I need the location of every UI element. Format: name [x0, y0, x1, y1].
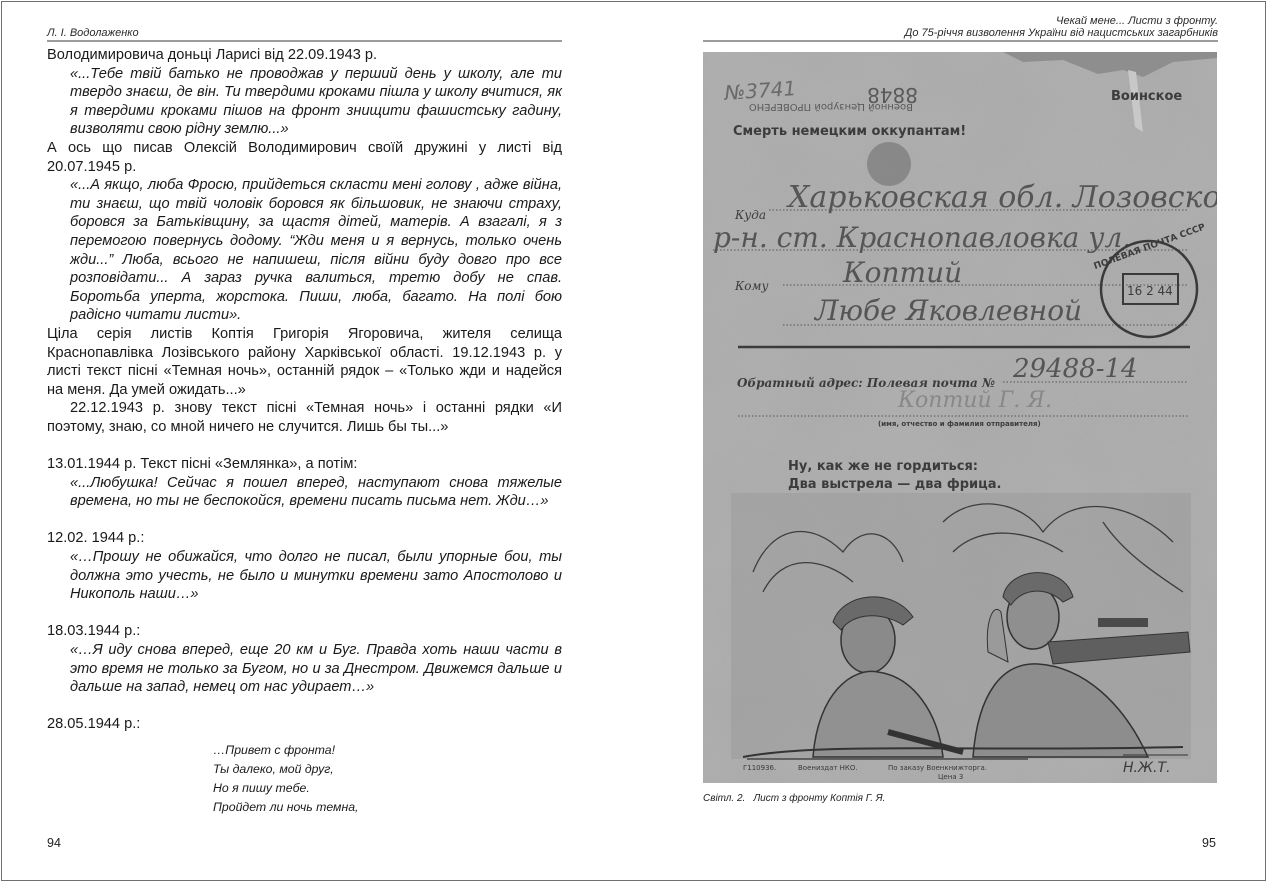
- return-number: 29488-14: [1012, 354, 1138, 384]
- left-text-column: Володимировича доньці Ларисі від 22.09.1…: [47, 46, 562, 817]
- to-line2: р-н. ст. Краснопавловка ул.: [713, 221, 1131, 254]
- paragraph: 18.03.1944 р.:: [47, 622, 562, 641]
- paragraph: 13.01.1944 р. Текст пісні «Землянка», а …: [47, 455, 562, 474]
- verse-line2: Два выстрела — два фрица.: [788, 477, 1001, 492]
- right-running-head: Чекай мене... Листи з фронту. До 75-річч…: [905, 15, 1218, 39]
- paragraph: 28.05.1944 р.:: [47, 715, 562, 734]
- letter-photo: №3741 8848 Военной Цензурой ПРОВЕРЕНО Во…: [703, 52, 1217, 783]
- caption-text: Лист з фронту Коптія Г. Я.: [753, 793, 885, 804]
- spacer: [47, 436, 562, 455]
- running-head-line2: До 75-річчя визволення України від нацис…: [905, 27, 1218, 39]
- left-running-head: Л. І. Водолаженко: [47, 27, 139, 39]
- paragraph: 12.02. 1944 р.:: [47, 529, 562, 548]
- poem-line: Пройдет ли ночь темна,: [213, 798, 562, 817]
- left-page-number: 94: [47, 836, 61, 850]
- archive-number: №3741: [723, 76, 797, 105]
- censor-stamp: Военной Цензурой ПРОВЕРЕНО: [749, 101, 913, 112]
- right-header-rule: [703, 40, 1218, 42]
- spacer: [47, 697, 562, 716]
- corner-text: Воинское: [1111, 89, 1182, 104]
- poem-line: Но я пишу тебе.: [213, 779, 562, 798]
- spacer: [47, 604, 562, 623]
- quote-paragraph: «…Я иду снова вперед, еще 20 км и Буг. П…: [47, 641, 562, 697]
- quote-paragraph: «...Тебе твій батько не проводжав у перш…: [47, 65, 562, 139]
- to-label: Куда: [734, 208, 766, 222]
- letter-illustration: №3741 8848 Военной Цензурой ПРОВЕРЕНО Во…: [703, 52, 1217, 783]
- poem-line: Ты далеко, мой друг,: [213, 760, 562, 779]
- whom-line1: Коптий: [842, 256, 962, 289]
- poem-block: …Привет с фронта! Ты далеко, мой друг, Н…: [47, 741, 562, 817]
- to-line1: Харьковская обл. Лозовской: [786, 180, 1217, 215]
- figure-caption: Світл. 2.Лист з фронту Коптія Г. Я.: [703, 793, 893, 804]
- soldiers-drawing: [731, 493, 1191, 759]
- poem-line: …Привет с фронта!: [213, 741, 562, 760]
- running-head-line1: Чекай мене... Листи з фронту.: [905, 15, 1218, 27]
- spacer: [47, 511, 562, 530]
- imprint-order: По заказу Военкнижторга.: [888, 764, 987, 772]
- quote-paragraph: «...А якщо, люба Фросю, прийдеться склас…: [47, 176, 562, 325]
- postmark-date: 16 2 44: [1127, 284, 1173, 298]
- imprint-price: Цена 3: [938, 773, 963, 781]
- indented-paragraph: 22.12.1943 р. знову текст пісні «Темная …: [47, 399, 562, 436]
- right-page-number: 95: [1202, 836, 1216, 850]
- imprint-code: Г110936.: [743, 764, 776, 772]
- slogan: Смерть немецким оккупантам!: [733, 124, 966, 139]
- imprint-publisher: Воениздат НКО.: [798, 764, 858, 772]
- caption-label: Світл. 2.: [703, 793, 745, 804]
- whom-label: Кому: [734, 279, 768, 293]
- verse-line1: Ну, как же не гордиться:: [788, 459, 978, 474]
- paragraph: Ціла серія листів Коптія Григорія Ягоров…: [47, 325, 562, 399]
- paragraph: Володимировича доньці Ларисі від 22.09.1…: [47, 46, 562, 65]
- paragraph: А ось що писав Олексій Володимирович сво…: [47, 139, 562, 176]
- sender-name: Коптий Г. Я.: [897, 388, 1052, 413]
- quote-paragraph: «...Любушка! Сейчас я пошел вперед, наст…: [47, 474, 562, 511]
- artist-signature: Н.Ж.Т.: [1123, 760, 1171, 776]
- left-header-rule: [47, 40, 562, 42]
- whom-line2: Любе Яковлевной: [813, 294, 1082, 327]
- quote-paragraph: «…Прошу не обижайся, что долго не писал,…: [47, 548, 562, 604]
- sender-hint: (имя, отчество и фамилия отправителя): [878, 420, 1041, 428]
